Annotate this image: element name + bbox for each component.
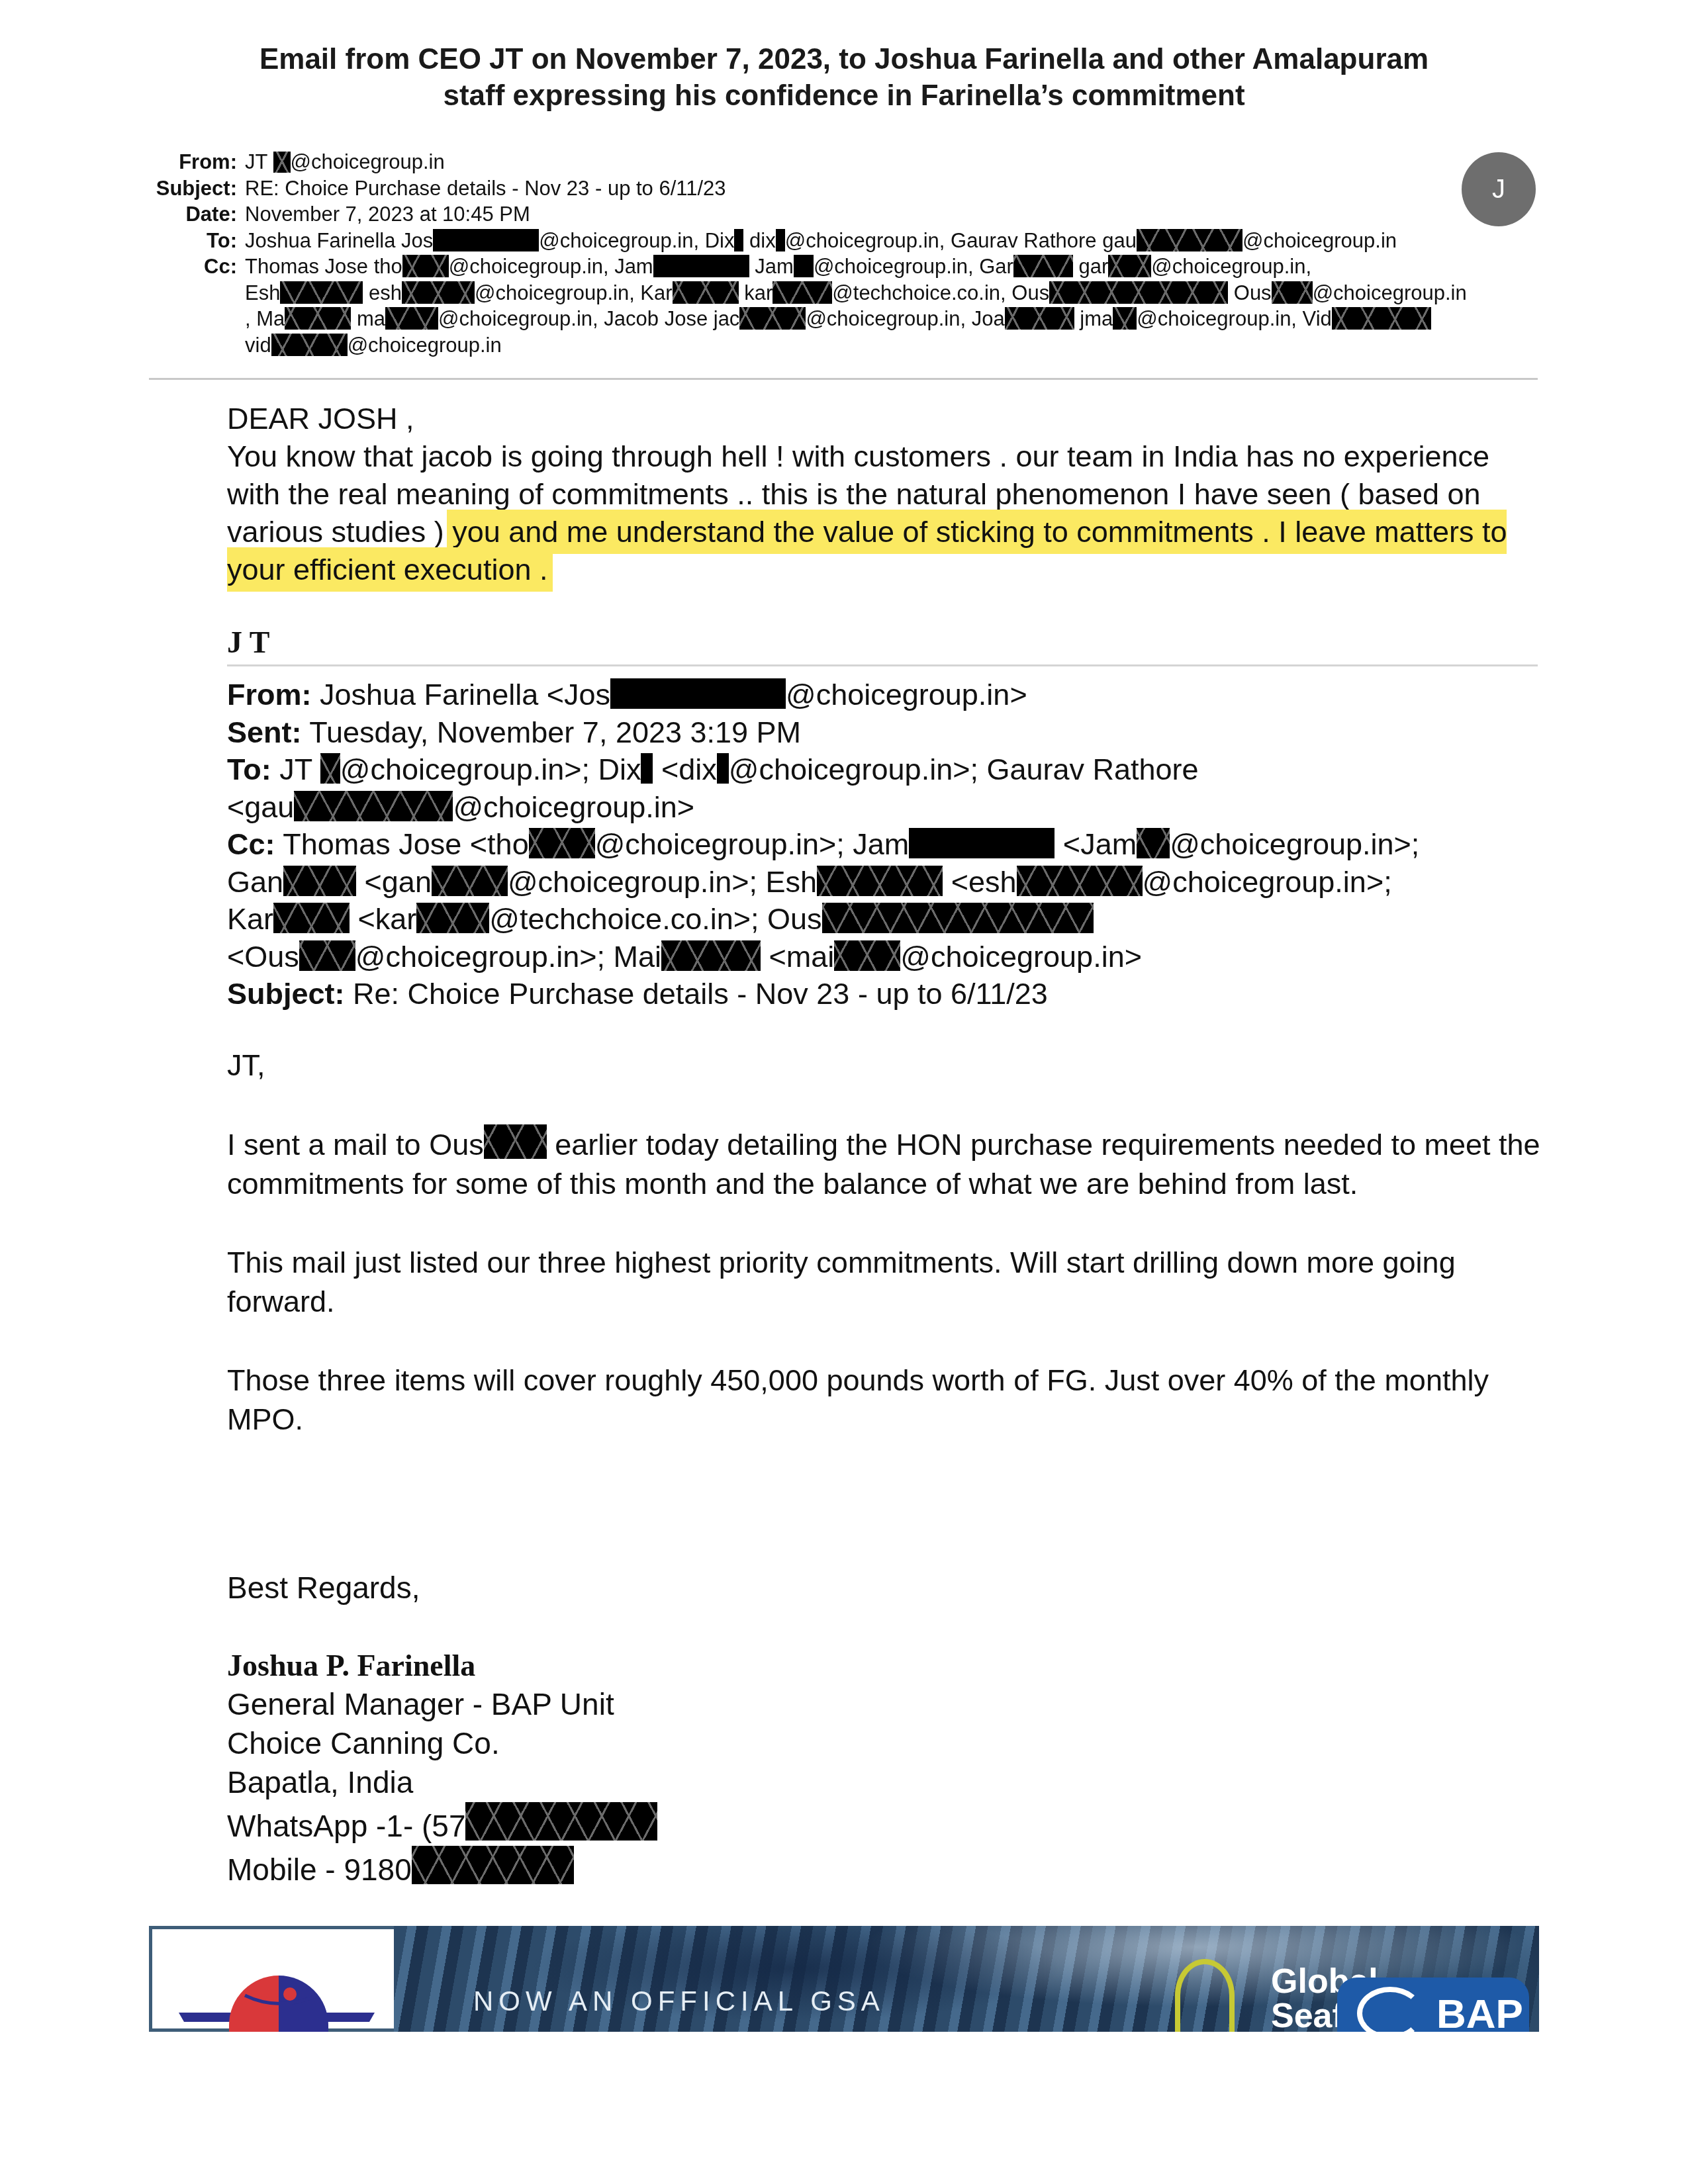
- text-segment: Gan: [227, 865, 283, 899]
- redaction-block: [734, 229, 743, 251]
- redaction-block: [271, 334, 348, 356]
- redaction-block: [909, 828, 1055, 858]
- text-segment: kar: [739, 281, 773, 304]
- text-segment: <kar: [350, 902, 416, 936]
- text-segment: Cc:: [227, 827, 275, 861]
- text-segment: To:: [227, 752, 271, 786]
- redaction-block: [416, 903, 489, 933]
- signer-mobile: Mobile - 9180: [227, 1846, 657, 1889]
- redaction-block: [1332, 307, 1431, 330]
- text-segment: <Ous: [227, 940, 299, 974]
- globe-logo-icon: [152, 1929, 397, 2032]
- redaction-block: [1013, 255, 1073, 277]
- text-segment: @choicegroup.in, Joa: [806, 307, 1004, 330]
- fwd-cc-row: Cc: Thomas Jose <tho@choicegroup.in>; Ja…: [227, 826, 1544, 864]
- email-header: From: JT @choicegroup.in Subject: RE: Ch…: [140, 149, 1530, 358]
- text-segment: <esh: [943, 865, 1016, 899]
- redaction-block: [661, 940, 761, 971]
- text-segment: @choicegroup.in: [1313, 281, 1467, 304]
- redaction-block: [673, 281, 739, 304]
- text-segment: @choicegroup.in>; Gaurav Rathore: [729, 752, 1199, 786]
- header-subject-row: Subject: RE: Choice Purchase details - N…: [140, 175, 1530, 202]
- text-segment: <gau: [227, 790, 294, 824]
- global-seafood-eye-icon: [1175, 1959, 1235, 2032]
- cc-label: Cc:: [140, 253, 245, 358]
- fwd-paragraph-2: This mail just listed our three highest …: [227, 1243, 1544, 1321]
- text-segment: JT: [271, 752, 320, 786]
- signer-location: Bapatla, India: [227, 1763, 657, 1802]
- redaction-block: [1049, 281, 1228, 304]
- text-segment: @choicegroup.in>; Esh: [508, 865, 817, 899]
- subject-value: RE: Choice Purchase details - Nov 23 - u…: [245, 175, 1530, 202]
- quote-divider: [227, 664, 1538, 666]
- header-divider: [149, 378, 1538, 380]
- text-segment: @choicegroup.in>: [900, 940, 1142, 974]
- bap-label: BAP: [1436, 1991, 1523, 2032]
- title-line-1: Email from CEO JT on November 7, 2023, t…: [0, 41, 1688, 77]
- signer-company: Choice Canning Co.: [227, 1724, 657, 1763]
- text-segment: Kar: [227, 902, 273, 936]
- reply-greeting: DEAR JOSH ,: [227, 400, 1524, 437]
- redaction-block: [299, 940, 355, 971]
- redaction-block: [402, 281, 475, 304]
- text-segment: @choicegroup.in>: [453, 790, 694, 824]
- redaction-block: [776, 229, 785, 251]
- text-segment: , Ma: [245, 307, 285, 330]
- to-label: To:: [140, 228, 245, 254]
- signer-name: Joshua P. Farinella: [227, 1646, 657, 1685]
- redaction-block: [641, 753, 653, 784]
- text-segment: @choicegroup.in,: [1151, 255, 1311, 278]
- signer-title: General Manager - BAP Unit: [227, 1685, 657, 1724]
- header-from-row: From: JT @choicegroup.in: [140, 149, 1530, 175]
- text-segment: Subject:: [227, 977, 345, 1011]
- subject-label: Subject:: [140, 175, 245, 202]
- text-segment: @choicegroup.in>;: [1170, 827, 1419, 861]
- from-domain[interactable]: @choicegroup.in: [291, 150, 445, 173]
- text-segment: <Jam: [1055, 827, 1137, 861]
- fwd-cc-row-4: <Ous@choicegroup.in>; Mai <mai@choicegro…: [227, 938, 1544, 976]
- redaction-block: [433, 229, 539, 251]
- text-segment: From:: [227, 678, 312, 711]
- redaction-block: [465, 1802, 657, 1841]
- redaction-block: [739, 307, 806, 330]
- text-segment: Mobile - 9180: [227, 1852, 412, 1887]
- text-segment: Re: Choice Purchase details - Nov 23 - u…: [345, 977, 1048, 1011]
- text-segment: @choicegroup.in, Jacob Jose jac: [438, 307, 739, 330]
- fwd-subject-row: Subject: Re: Choice Purchase details - N…: [227, 976, 1544, 1013]
- text-segment: esh: [363, 281, 402, 304]
- text-segment: @choicegroup.in>; Jam: [595, 827, 910, 861]
- from-name: JT: [245, 150, 267, 173]
- from-label: From:: [140, 149, 245, 175]
- text-segment: @choicegroup.in, Gaurav Rathore gau: [785, 229, 1137, 252]
- text-segment: @choicegroup.in, Kar: [475, 281, 673, 304]
- reply-body: DEAR JOSH , You know that jacob is going…: [227, 400, 1524, 588]
- text-segment: <mai: [761, 940, 834, 974]
- text-segment: vid: [245, 334, 271, 357]
- redaction-block: [1005, 307, 1074, 330]
- redaction-block: [320, 753, 340, 784]
- banner-tagline: NOW AN OFFICIAL GSA: [473, 1985, 885, 2017]
- text-segment: Jam: [749, 255, 794, 278]
- reply-signature: J T: [227, 625, 269, 660]
- header-date-row: Date: November 7, 2023 at 10:45 PM: [140, 201, 1530, 228]
- redaction-block: [294, 791, 453, 821]
- text-segment: Joshua Farinella <Jos: [312, 678, 611, 711]
- redaction-block: [273, 903, 350, 933]
- redaction-block: [1137, 229, 1243, 251]
- fwd-sent-row: Sent: Tuesday, November 7, 2023 3:19 PM: [227, 714, 1544, 752]
- text-segment: Thomas Jose tho: [245, 255, 402, 278]
- text-segment: @techchoice.co.in>; Ous: [489, 902, 821, 936]
- redaction-block: [280, 281, 363, 304]
- text-segment: @choicegroup.in, Vid: [1137, 307, 1332, 330]
- text-segment: @choicegroup.in, Jam: [449, 255, 653, 278]
- text-segment: Joshua Farinella Jos: [245, 229, 433, 252]
- text-segment: @choicegroup.in: [348, 334, 502, 357]
- redaction-block: [529, 828, 595, 858]
- redaction-block: [484, 1124, 547, 1159]
- text-segment: @choicegroup.in: [1243, 229, 1397, 252]
- redaction-block: [822, 903, 1094, 933]
- signer-whatsapp: WhatsApp -1- (57: [227, 1802, 657, 1846]
- text-segment: <gan: [356, 865, 432, 899]
- redaction-block: [1108, 255, 1151, 277]
- fwd-cc-row-2: Gan <gan@choicegroup.in>; Esh <esh@choic…: [227, 864, 1544, 901]
- header-to-row: To: Joshua Farinella Jos@choicegroup.in,…: [140, 228, 1530, 254]
- redaction-block: [1272, 281, 1313, 304]
- redaction-block: [283, 866, 356, 896]
- text-segment: @choicegroup.in, Gar: [814, 255, 1013, 278]
- redaction-block: [402, 255, 449, 277]
- fwd-paragraph-1: I sent a mail to Ous earlier today detai…: [227, 1124, 1544, 1203]
- sender-avatar: J: [1462, 152, 1536, 226]
- date-label: Date:: [140, 201, 245, 228]
- text-segment: dix: [743, 229, 775, 252]
- redaction-block: [385, 307, 438, 330]
- text-segment: @techchoice.co.in, Ous: [832, 281, 1049, 304]
- redaction-block: [653, 255, 749, 277]
- redaction-block: [794, 255, 814, 277]
- title-line-2: staff expressing his confidence in Farin…: [0, 77, 1688, 114]
- bap-badge: BAP: [1337, 1978, 1529, 2032]
- fwd-to-row: To: JT @choicegroup.in>; Dix <dix@choice…: [227, 751, 1544, 789]
- fwd-salutation: JT,: [227, 1046, 1544, 1085]
- text-segment: @choicegroup.in>; Mai: [355, 940, 661, 974]
- banner-image: NOW AN OFFICIAL GSA Global Seafood BAP: [394, 1926, 1539, 2032]
- bap-eye-icon: [1357, 1987, 1423, 2032]
- signature-block: Best Regards, Joshua P. Farinella Genera…: [227, 1569, 657, 1889]
- redaction: [273, 152, 291, 173]
- text-segment: I sent a mail to Ous: [227, 1128, 484, 1161]
- redaction-block: [412, 1846, 574, 1884]
- text-segment: WhatsApp -1- (57: [227, 1809, 465, 1843]
- fwd-paragraph-3: Those three items will cover roughly 450…: [227, 1361, 1544, 1439]
- text-segment: jma: [1074, 307, 1113, 330]
- redaction-block: [285, 307, 351, 330]
- redaction-block: [432, 866, 508, 896]
- text-segment: @choicegroup.in>;: [1143, 865, 1392, 899]
- text-segment: ma: [351, 307, 385, 330]
- text-segment: @choicegroup.in>; Dix: [340, 752, 641, 786]
- fwd-to-row-cont: <gau@choicegroup.in>: [227, 789, 1544, 827]
- reply-text: You know that jacob is going through hel…: [227, 437, 1524, 588]
- fwd-cc-row-3: Kar <kar@techchoice.co.in>; Ous: [227, 901, 1544, 938]
- redaction-block: [773, 281, 832, 304]
- forwarded-body: JT, I sent a mail to Ous earlier today d…: [227, 1046, 1544, 1479]
- text-segment: @choicegroup.in>: [786, 678, 1027, 711]
- date-value: November 7, 2023 at 10:45 PM: [245, 201, 1530, 228]
- avatar-initial: J: [1492, 175, 1505, 205]
- to-recipients: Joshua Farinella Jos@choicegroup.in, Dix…: [245, 228, 1530, 254]
- text-segment: Thomas Jose <tho: [275, 827, 529, 861]
- text-segment: Esh: [245, 281, 280, 304]
- email-banner: NOW AN OFFICIAL GSA Global Seafood BAP: [149, 1926, 1539, 2032]
- redaction-block: [1113, 307, 1137, 330]
- fwd-from-row: From: Joshua Farinella <Jos@choicegroup.…: [227, 676, 1544, 714]
- redaction-block: [1137, 828, 1170, 858]
- choice-logo: [149, 1926, 394, 2032]
- header-cc-row: Cc: Thomas Jose tho@choicegroup.in, Jam …: [140, 253, 1530, 358]
- text-segment: <dix: [653, 752, 716, 786]
- document-title: Email from CEO JT on November 7, 2023, t…: [0, 41, 1688, 114]
- text-segment: Tuesday, November 7, 2023 3:19 PM: [302, 715, 802, 749]
- text-segment: Sent:: [227, 715, 302, 749]
- redaction-block: [834, 940, 900, 971]
- text-segment: Ous: [1228, 281, 1271, 304]
- redaction-block: [1017, 866, 1143, 896]
- forwarded-header: From: Joshua Farinella <Jos@choicegroup.…: [227, 676, 1544, 1013]
- cc-recipients: Thomas Jose tho@choicegroup.in, Jam Jam@…: [245, 253, 1530, 358]
- redaction-block: [817, 866, 943, 896]
- text-segment: gar: [1073, 255, 1108, 278]
- closing: Best Regards,: [227, 1569, 657, 1608]
- redaction-block: [610, 678, 786, 709]
- redaction-block: [717, 753, 729, 784]
- text-segment: @choicegroup.in, Dix: [539, 229, 734, 252]
